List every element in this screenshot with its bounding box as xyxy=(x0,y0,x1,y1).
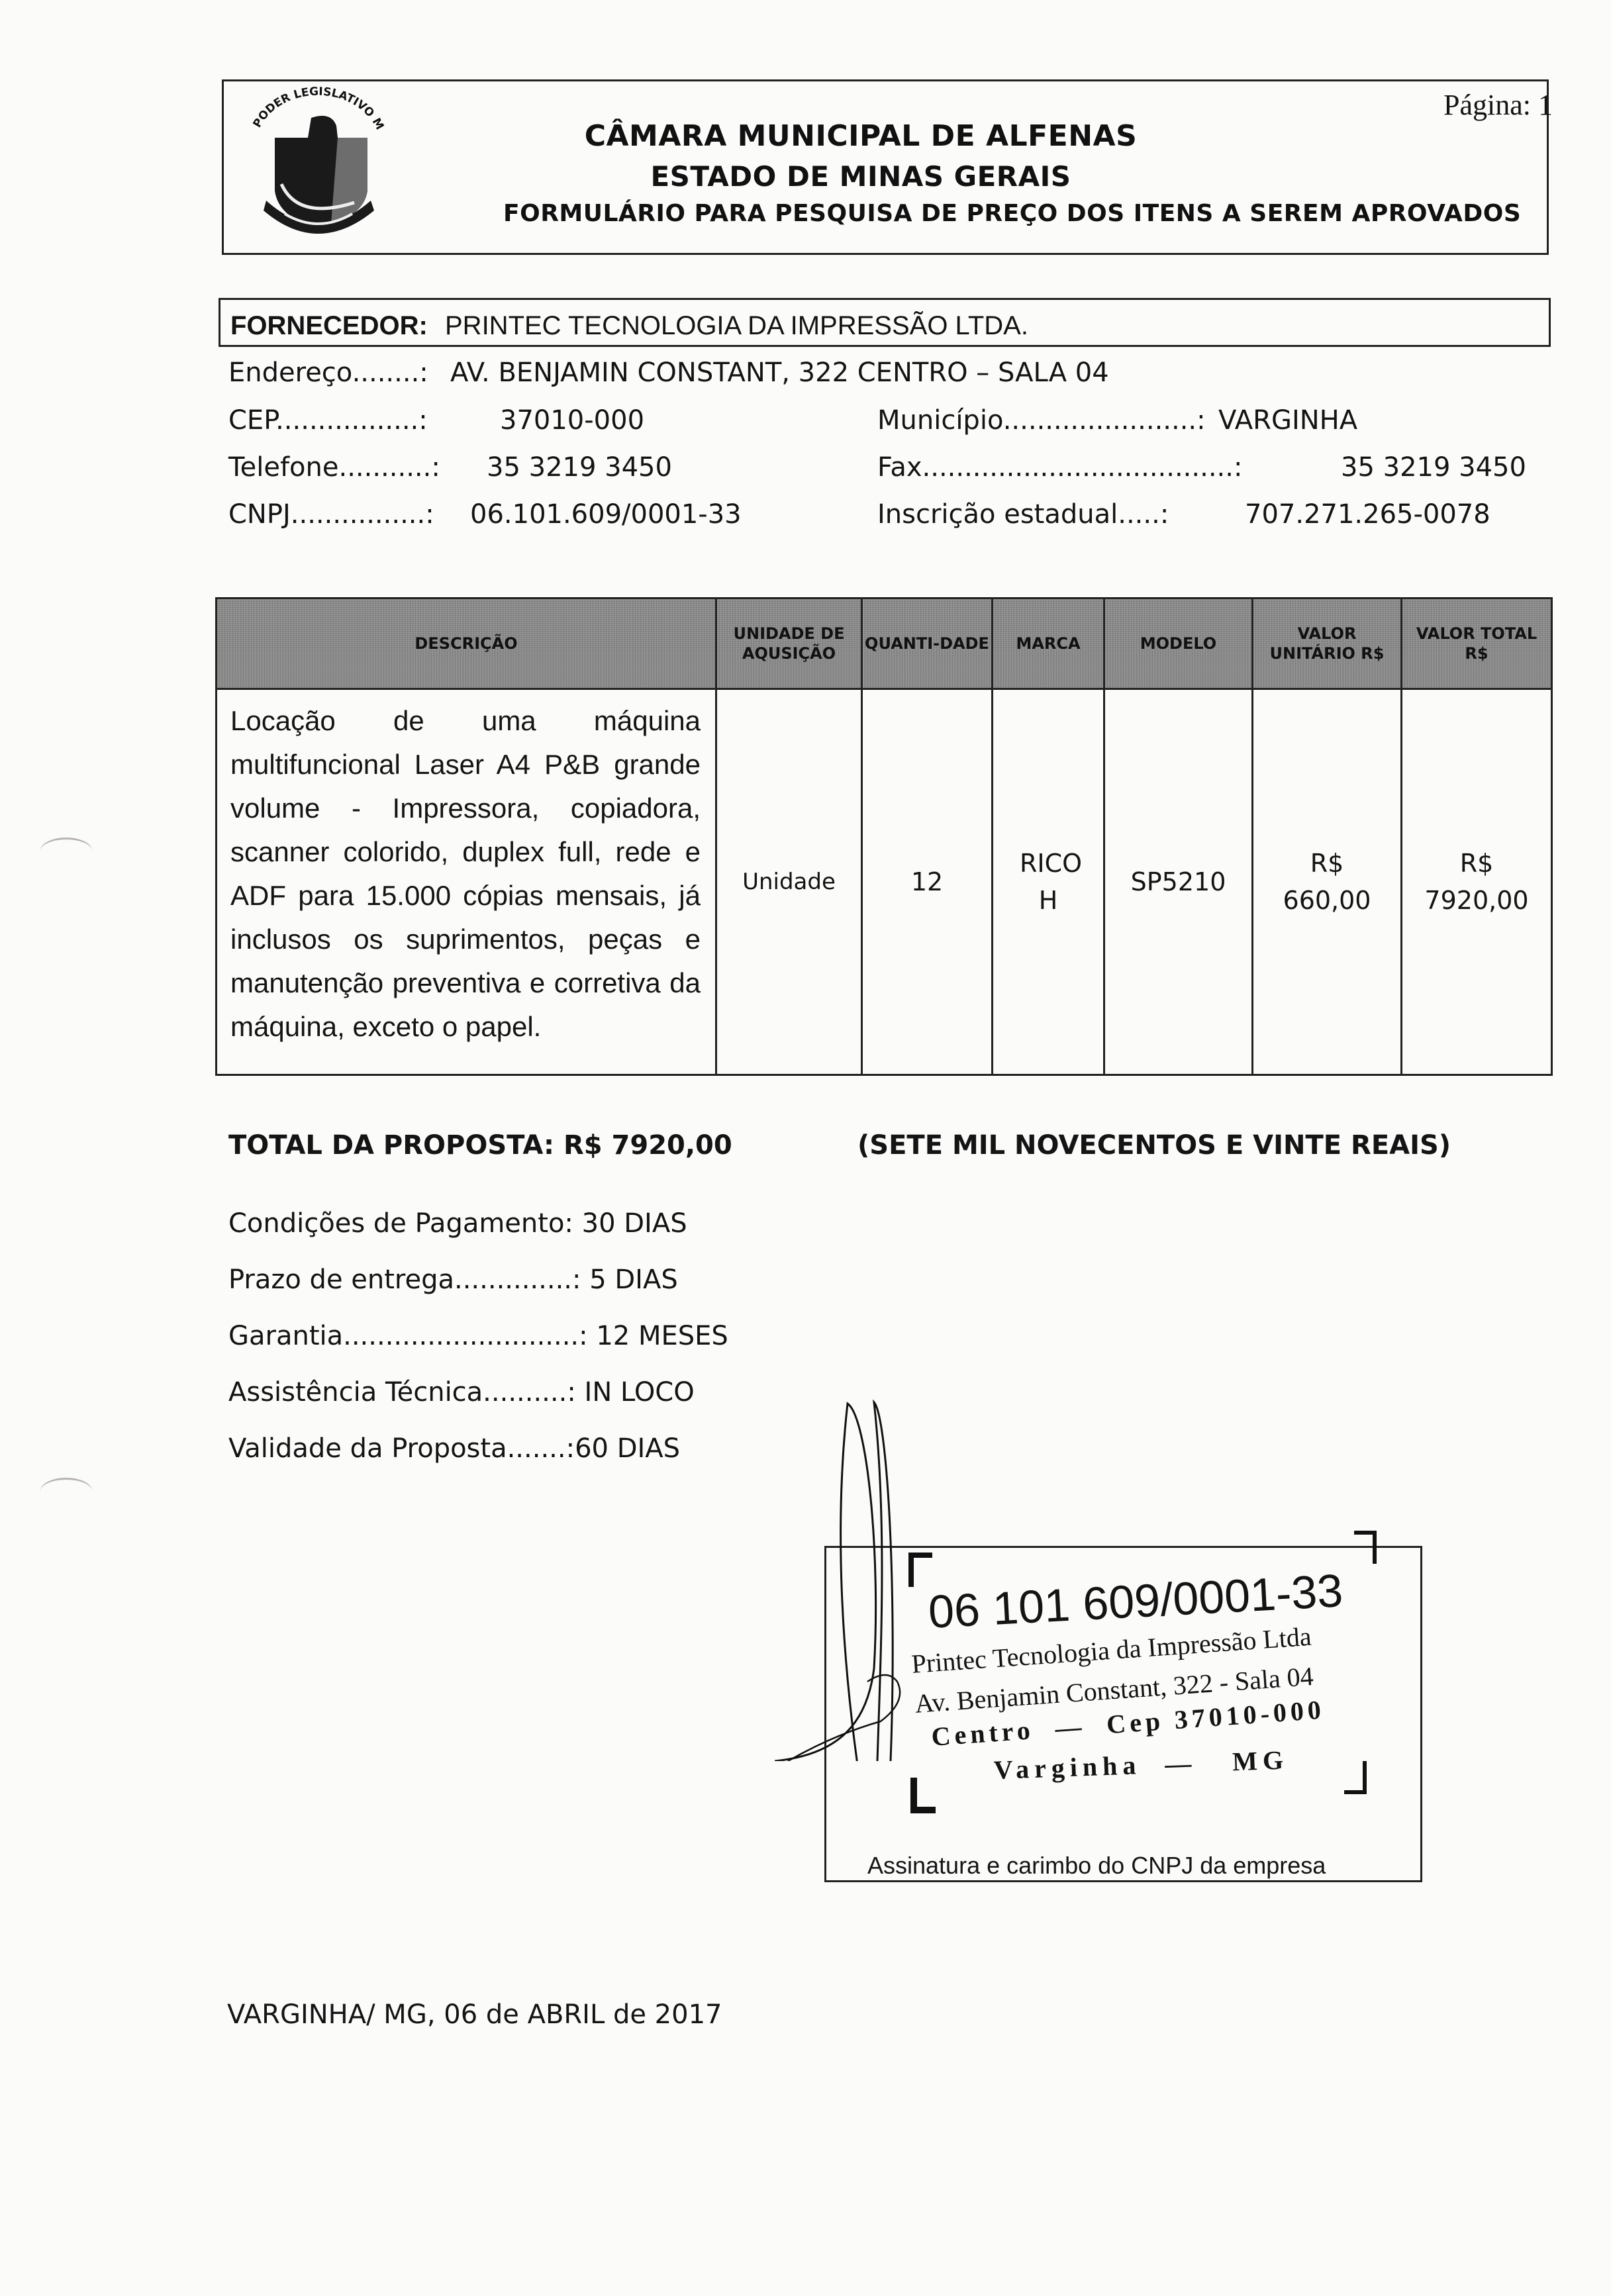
cell-valor-unitario: R$ 660,00 xyxy=(1253,689,1402,1075)
col-header-quantidade: QUANTI-DADE xyxy=(862,598,993,689)
signature-caption: Assinatura e carimbo do CNPJ da empresa xyxy=(867,1852,1326,1880)
term-pagamento: Condições de Pagamento: 30 DIAS xyxy=(228,1208,687,1239)
term-label: Prazo de entrega..............: xyxy=(228,1265,581,1295)
col-header-unidade: UNIDADE DE AQUSIÇÃO xyxy=(716,598,862,689)
fax-value: 35 3219 3450 xyxy=(1341,452,1526,483)
term-label: Garantia............................: xyxy=(228,1321,588,1351)
term-label: Condições de Pagamento: xyxy=(228,1208,573,1239)
term-garantia: Garantia............................: 12… xyxy=(228,1321,728,1351)
supplier-name: PRINTEC TECNOLOGIA DA IMPRESSÃO LTDA. xyxy=(445,311,1028,341)
date-location: VARGINHA/ MG, 06 de ABRIL de 2017 xyxy=(227,1999,722,2030)
address-value: AV. BENJAMIN CONSTANT, 322 CENTRO – SALA… xyxy=(450,358,1109,388)
supplier-label: FORNECEDOR: xyxy=(230,311,428,341)
ie-label: Inscrição estadual.....: xyxy=(877,499,1169,530)
state-subtitle: ESTADO DE MINAS GERAIS xyxy=(464,160,1258,193)
term-value: 5 DIAS xyxy=(589,1265,678,1295)
items-table: DESCRIÇÃO UNIDADE DE AQUSIÇÃO QUANTI-DAD… xyxy=(215,597,1553,1076)
total-por-extenso: (SETE MIL NOVECENTOS E VINTE REAIS) xyxy=(857,1130,1451,1161)
cell-marca: RICO H xyxy=(993,689,1104,1075)
term-value: 60 DIAS xyxy=(575,1433,680,1464)
page-number: Página: 1 xyxy=(1443,88,1553,122)
term-assistencia: Assistência Técnica..........: IN LOCO xyxy=(228,1377,695,1408)
cnpj-value: 06.101.609/0001-33 xyxy=(470,499,742,530)
col-header-descricao: DESCRIÇÃO xyxy=(217,598,716,689)
col-header-marca: MARCA xyxy=(993,598,1104,689)
address-label: Endereço........: xyxy=(228,358,428,388)
stamp-corner-mark xyxy=(1354,1531,1377,1564)
col-header-modelo: MODELO xyxy=(1104,598,1253,689)
cnpj-label: CNPJ................: xyxy=(228,499,434,530)
coat-of-arms-logo: PODER LEGISLATIVO MUNICIPAL xyxy=(238,85,397,244)
cell-valor-total: R$ 7920,00 xyxy=(1402,689,1552,1075)
ie-value: 707.271.265-0078 xyxy=(1245,499,1490,530)
term-value: 30 DIAS xyxy=(582,1208,687,1239)
cep-value: 37010-000 xyxy=(500,405,644,436)
table-row: Locação de uma máquina multifuncional La… xyxy=(217,689,1552,1075)
term-value: 12 MESES xyxy=(596,1321,728,1351)
municipio-label: Município.......................: xyxy=(877,405,1206,436)
punch-hole-mark xyxy=(40,1478,93,1506)
telefone-label: Telefone...........: xyxy=(228,452,440,483)
punch-hole-mark xyxy=(40,837,93,866)
term-label: Assistência Técnica..........: xyxy=(228,1377,576,1408)
cep-label: CEP.................: xyxy=(228,405,428,436)
term-validade: Validade da Proposta.......:60 DIAS xyxy=(228,1433,680,1464)
term-prazo-entrega: Prazo de entrega..............: 5 DIAS xyxy=(228,1265,678,1295)
col-header-valor-total: VALOR TOTAL R$ xyxy=(1402,598,1552,689)
cell-quantidade: 12 xyxy=(862,689,993,1075)
fax-label: Fax.....................................… xyxy=(877,452,1242,483)
form-title: FORMULÁRIO PARA PESQUISA DE PREÇO DOS IT… xyxy=(503,200,1523,227)
stamp-corner-mark xyxy=(908,1553,932,1587)
term-label: Validade da Proposta.......: xyxy=(228,1433,575,1464)
term-value: IN LOCO xyxy=(585,1377,695,1408)
total-proposta: TOTAL DA PROPOSTA: R$ 7920,00 xyxy=(228,1130,732,1161)
stamp-corner-mark xyxy=(1344,1761,1367,1794)
telefone-value: 35 3219 3450 xyxy=(487,452,672,483)
cell-modelo: SP5210 xyxy=(1104,689,1253,1075)
institution-title: CÂMARA MUNICIPAL DE ALFENAS xyxy=(464,119,1258,153)
municipio-value: VARGINHA xyxy=(1218,405,1357,436)
cell-descricao: Locação de uma máquina multifuncional La… xyxy=(217,689,716,1075)
cell-unidade: Unidade xyxy=(716,689,862,1075)
stamp-corner-mark xyxy=(910,1778,936,1813)
col-header-valor-unitario: VALOR UNITÁRIO R$ xyxy=(1253,598,1402,689)
table-header-row: DESCRIÇÃO UNIDADE DE AQUSIÇÃO QUANTI-DAD… xyxy=(217,598,1552,689)
